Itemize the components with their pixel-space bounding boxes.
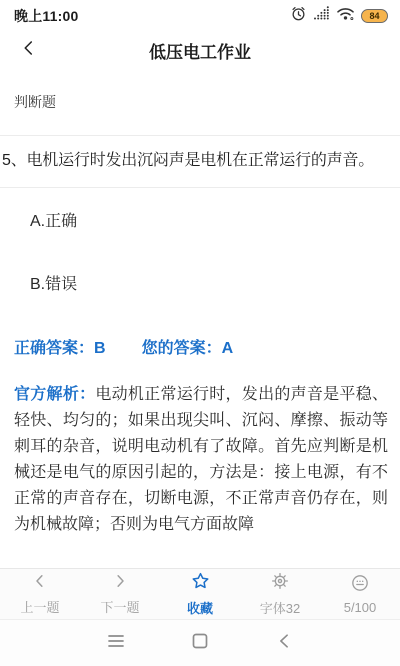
star-icon <box>190 571 211 596</box>
chevron-right-icon <box>110 572 130 595</box>
prev-question-button[interactable]: 上一题 <box>0 569 80 619</box>
menu-button[interactable] <box>105 632 127 654</box>
favorite-label: 收藏 <box>187 598 213 617</box>
back-button[interactable] <box>12 30 46 70</box>
option-a[interactable]: A.正确 <box>30 206 386 233</box>
gear-icon <box>270 571 290 596</box>
page-title: 低压电工作业 <box>0 38 400 63</box>
your-answer: 您的答案：A <box>142 335 234 358</box>
alarm-icon <box>290 5 307 27</box>
options-list: A.正确 B.错误 <box>0 188 400 296</box>
status-bar: 晚上11:00 <box>0 0 400 30</box>
font-size-label: 字体32 <box>260 598 300 617</box>
answer-row: 正确答案：B 您的答案：A <box>0 335 400 358</box>
correct-answer: 正确答案：B <box>14 335 106 358</box>
next-question-label: 下一题 <box>100 597 139 616</box>
app-screen: 晚上11:00 <box>0 0 400 666</box>
option-b[interactable]: B.错误 <box>30 269 386 296</box>
nav-back-button[interactable] <box>273 632 295 654</box>
next-question-button[interactable]: 下一题 <box>80 569 160 619</box>
menu-icon <box>107 634 125 653</box>
chevron-left-icon <box>20 39 38 62</box>
home-square-icon <box>192 633 208 654</box>
favorite-button[interactable]: 收藏 <box>160 569 240 619</box>
answer-card-button[interactable]: 5/100 <box>320 569 400 619</box>
question-type-label: 判断题 <box>0 70 400 112</box>
clock-time: 晚上11:00 <box>14 6 78 26</box>
app-header: 低压电工作业 <box>0 30 400 70</box>
android-nav-bar <box>0 620 400 666</box>
analysis-paragraph: 官方解析：电动机正常运行时，发出的声音是平稳、轻快、均匀的；如果出现尖叫、沉闷、… <box>0 382 400 538</box>
back-chevron-icon <box>277 633 291 654</box>
question-stem: 5、电机运行时发出沉闷声是电机在正常运行的声音。 <box>0 136 400 187</box>
prev-question-label: 上一题 <box>20 597 59 616</box>
home-button[interactable] <box>189 632 211 654</box>
battery-icon: 84 <box>361 9 388 23</box>
analysis-label: 官方解析： <box>14 386 95 403</box>
font-size-button[interactable]: 字体32 <box>240 569 320 619</box>
wifi-icon <box>336 6 355 26</box>
signal-icon <box>313 6 330 26</box>
content-spacer <box>0 538 400 568</box>
answer-card-icon <box>350 573 370 598</box>
progress-label: 5/100 <box>344 600 377 615</box>
analysis-text: 电动机正常运行时，发出的声音是平稳、轻快、均匀的；如果出现尖叫、沉闷、摩擦、振动… <box>14 386 388 533</box>
chevron-left-icon <box>30 572 50 595</box>
bottom-toolbar: 上一题 下一题 收藏 <box>0 568 400 620</box>
